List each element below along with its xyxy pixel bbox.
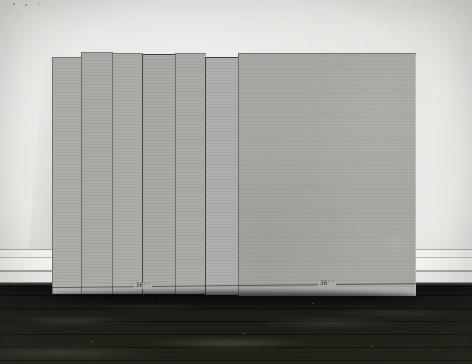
gallery-photograph: 36'' 36'' xyxy=(0,0,472,364)
baseboard-base-shadow xyxy=(410,282,472,285)
wall-speck xyxy=(122,21,123,22)
panel-7-large xyxy=(238,53,416,296)
panel-4 xyxy=(142,54,176,294)
baseboard-band xyxy=(410,250,472,257)
baseboard-band xyxy=(0,258,58,270)
baseboard-left xyxy=(0,249,58,285)
baseboard-band xyxy=(0,250,58,257)
baseboard-right xyxy=(410,249,472,285)
panel-1 xyxy=(52,57,82,294)
wall-speck xyxy=(13,3,15,5)
wall-speck xyxy=(452,150,453,151)
wall-speck xyxy=(300,26,301,27)
floor-speck xyxy=(92,341,93,342)
floor-speck xyxy=(372,346,373,347)
wall-speck xyxy=(432,44,433,45)
baseboard-band xyxy=(410,258,472,270)
panel-3 xyxy=(112,53,143,294)
floor-speck xyxy=(243,333,244,334)
panel-2 xyxy=(81,52,113,294)
panel-5 xyxy=(175,53,206,294)
measurement-label-right: 36'' xyxy=(318,281,336,287)
measurement-label-left: 36'' xyxy=(134,283,152,289)
baseboard-band xyxy=(0,272,58,282)
baseboard-base-shadow xyxy=(0,282,58,285)
panel-6 xyxy=(205,57,239,295)
wall-speck xyxy=(25,4,27,6)
wall-speck xyxy=(38,3,39,5)
baseboard-band xyxy=(410,272,472,282)
panel-floor-shadow xyxy=(44,291,420,304)
